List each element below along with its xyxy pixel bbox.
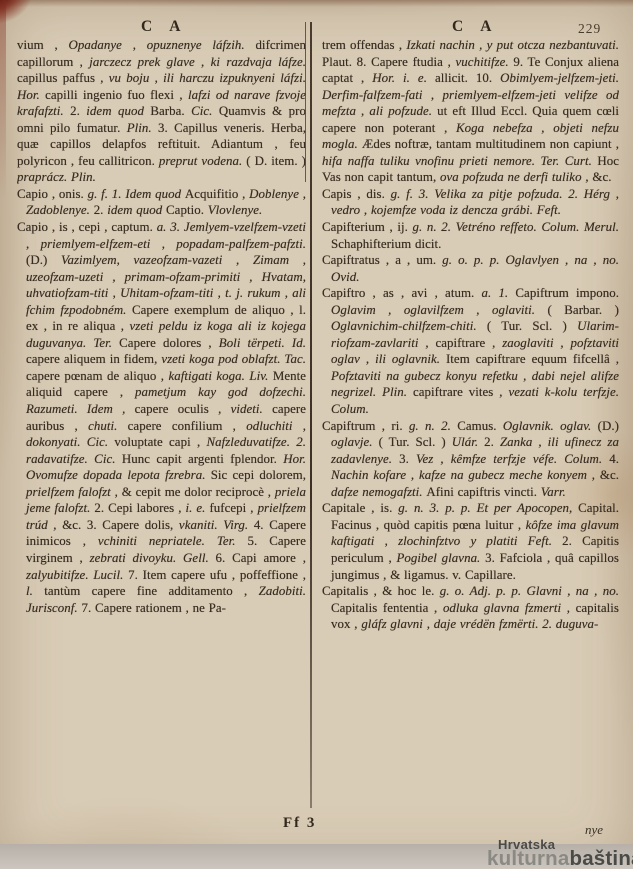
latin-text: Capiftratus , a , um.	[322, 253, 442, 267]
gloss-text: Nachin kofare , kafze na gubecz meche ko…	[331, 468, 600, 482]
dictionary-paragraph: Capiftrum , ri. g. n. 2. Camus. Oglavnik…	[322, 418, 619, 501]
dictionary-paragraph: Capis , dis. g. f. 3. Velika za pitje po…	[322, 186, 619, 219]
signature-mark: Ff 3	[283, 815, 316, 832]
dictionary-paragraph: trem offendas , Izkati nachin , y put ot…	[322, 37, 619, 186]
watermark-line2-regular: kulturna	[487, 847, 569, 869]
gloss-text: vuchitifze.	[456, 55, 514, 69]
latin-text: Capio , onis.	[17, 187, 88, 201]
gloss-text: Oglavnik. oglav.	[503, 419, 598, 433]
latin-text: 2. Cepi labores ,	[94, 501, 185, 515]
gloss-text: a. 1.	[481, 286, 515, 300]
gloss-text: jarczecz prek glave , ki razdvaja láfze.	[89, 55, 306, 69]
latin-text: Item capiftrare equum fifcellâ ,	[446, 352, 619, 366]
latin-text: Capiftrum , ri.	[322, 419, 409, 433]
gloss-text: Hor. i. e.	[372, 71, 435, 85]
latin-text: Capifterium , ij.	[322, 220, 413, 234]
gloss-text: chuti.	[88, 419, 128, 433]
latin-text: fufcepi ,	[209, 501, 257, 515]
gloss-text: Cic.	[191, 104, 219, 118]
gloss-text: oglavje.	[331, 435, 379, 449]
catchword: nye	[585, 822, 603, 838]
column-left: vium , Opadanye , opuznenye láfzih. difc…	[17, 37, 306, 809]
gloss-text: kaftigati koga. Liv.	[169, 369, 273, 383]
page-number: 229	[578, 21, 601, 37]
gloss-text: hifa naffa tuliku vnofinu prieti nemore.…	[322, 154, 597, 168]
gloss-text: Izkati nachin , y put otcza nezbantuvati…	[406, 38, 619, 52]
latin-text: &c. 3. Capere dolis,	[62, 518, 179, 532]
latin-text: 6. Capi amore ,	[216, 551, 306, 565]
gloss-text: zalyubitifze. Lucil.	[26, 568, 128, 582]
latin-text: 3.	[399, 452, 416, 466]
gloss-text: gláfz glavni , daje vrédën fzmërti. 2. d…	[361, 617, 598, 631]
dictionary-paragraph: Capio , is , cepi , captum. a. 3. Jemlye…	[17, 219, 306, 616]
column-divider	[310, 22, 312, 808]
latin-text: capillus paffus ,	[17, 71, 109, 85]
latin-text: & cepit me dolor reciprocè ,	[122, 485, 275, 499]
latin-text: Capis , dis.	[322, 187, 391, 201]
running-title-right: C A	[452, 18, 498, 36]
latin-text: trem offendas ,	[322, 38, 406, 52]
gloss-text: zebrati divoyku. Gell.	[90, 551, 216, 565]
latin-text: ( Tur. Scl. )	[379, 435, 452, 449]
gloss-text: Pogibel glavna.	[396, 551, 485, 565]
watermark-line2-bold: baština	[569, 847, 633, 869]
gloss-text: Ulár.	[452, 435, 484, 449]
latin-text: capere pœnam de aliquo ,	[26, 369, 169, 383]
heritage-watermark: Hrvatska kulturnabaština	[487, 839, 633, 868]
book-page-scan: C A C A 229 vium , Opadanye , opuznenye …	[0, 0, 633, 869]
dictionary-paragraph: Capitalis , & hoc le. g. o. Adj. p. p. G…	[322, 583, 619, 633]
gloss-text: Plin.	[127, 121, 158, 135]
gloss-text: i. e.	[186, 501, 210, 515]
latin-text: ( Tur. Scl. )	[487, 319, 577, 333]
latin-text: Barba.	[150, 104, 191, 118]
latin-text: Capio , is , cepi , captum.	[17, 220, 157, 234]
dictionary-paragraph: Capio , onis. g. f. 1. Idem quod Acquifi…	[17, 186, 306, 219]
latin-text: 2.	[484, 435, 500, 449]
latin-text: Capere dolores ,	[119, 336, 219, 350]
latin-text: Camus.	[457, 419, 503, 433]
gloss-text: prielfzem falofzt ,	[26, 485, 122, 499]
latin-text: capere aliquem in fidem,	[26, 352, 161, 366]
latin-text: Sic cepi dolorem,	[211, 468, 306, 482]
latin-text: voluptate capi ,	[114, 435, 206, 449]
gloss-text: Oglavnichim-chilfzem-chiti.	[331, 319, 487, 333]
latin-text: vium ,	[17, 38, 69, 52]
latin-text: Schaphifterium dicit.	[331, 237, 441, 251]
latin-text: (D.)	[598, 419, 619, 433]
dictionary-paragraph: Capifterium , ij. g. n. 2. Vetréno reffe…	[322, 219, 619, 252]
latin-text: capilli ingenio fuo flexi ,	[45, 88, 188, 102]
latin-text: 2.	[70, 104, 86, 118]
latin-text: Captio.	[166, 203, 208, 217]
latin-text: Capitale , is.	[322, 501, 398, 515]
latin-text: capiftrare ,	[435, 336, 502, 350]
watermark-line2: kulturnabaština	[487, 850, 633, 868]
gloss-text: dafze nemogafzti.	[331, 485, 426, 499]
latin-text: Ædes noftræ, tantam multitudinem non cap…	[362, 137, 619, 151]
latin-text: Capiftrum impono.	[515, 286, 619, 300]
gloss-text: Vez , kêmfze terfzje véfe. Colum.	[416, 452, 609, 466]
latin-text: 4.	[609, 452, 619, 466]
gloss-text: l.	[26, 584, 44, 598]
gloss-text: Vlovlenye.	[208, 203, 263, 217]
gloss-text: Varr.	[541, 485, 566, 499]
latin-text: Afini capiftris vincti.	[426, 485, 540, 499]
latin-text: Acquifitio ,	[185, 187, 249, 201]
latin-text: (D.)	[26, 253, 61, 267]
dictionary-paragraph: Capiftratus , a , um. g. o. p. p. Oglavl…	[322, 252, 619, 285]
gloss-text: Boli tërpeti. Id.	[219, 336, 306, 350]
page-left-edge-stain	[0, 0, 6, 200]
column-divider-inner-rule	[305, 22, 306, 182]
running-title-left: C A	[141, 18, 187, 36]
latin-text: 7. Capere rationem , ne Pa-	[81, 601, 226, 615]
dictionary-paragraph: Capiftro , as , avi , atum. a. 1. Capift…	[322, 285, 619, 417]
dictionary-paragraph: Capitale , is. g. n. 3. p. p. Et per Apo…	[322, 500, 619, 583]
latin-text: 7. Item capere ufu , poffeffione ,	[128, 568, 306, 582]
gloss-text: ova pofzuda ne derfi tuliko ,	[440, 170, 592, 184]
gloss-text: Oglavim , oglavilfzem , oglaviti.	[331, 303, 548, 317]
page-top-edge-shadow	[0, 0, 633, 7]
latin-text: allicit. 10.	[435, 71, 500, 85]
gloss-text: g. o. Adj. p. p. Glavni , na , no.	[440, 584, 619, 598]
gloss-text: idem quod	[86, 104, 150, 118]
gloss-text: praprácz. Plin.	[17, 170, 96, 184]
gloss-text: odluka glavna fzmerti ,	[443, 601, 576, 615]
gloss-text: videti.	[231, 402, 272, 416]
latin-text: &c.	[592, 170, 611, 184]
latin-text: ( D. item. )	[246, 154, 306, 168]
latin-text: Capitalis , & hoc le.	[322, 584, 440, 598]
latin-text: Capiftro , as , avi , atum.	[322, 286, 481, 300]
gloss-text: vzeti koga pod oblafzt. Tac.	[161, 352, 306, 366]
gloss-text: g. n. 3. p. p. Et per Apocopen,	[398, 501, 578, 515]
dictionary-paragraph: vium , Opadanye , opuznenye láfzih. difc…	[17, 37, 306, 186]
latin-text: capere confilium ,	[128, 419, 247, 433]
gloss-text: vkaniti. Virg.	[179, 518, 254, 532]
gloss-text: g. n. 2. Vetréno reffeto. Colum. Merul.	[413, 220, 619, 234]
latin-text: tantùm capere fine additamento ,	[44, 584, 258, 598]
latin-text: Hunc capit argenti fplendor.	[122, 452, 283, 466]
column-right: trem offendas , Izkati nachin , y put ot…	[322, 37, 619, 809]
gloss-text: Opadanye , opuznenye láfzih.	[69, 38, 256, 52]
latin-text: capiftrare vites ,	[413, 385, 508, 399]
gloss-text: preprut vodena.	[159, 154, 246, 168]
latin-text: capere oculis ,	[135, 402, 231, 416]
gloss-text: idem quod	[107, 203, 166, 217]
latin-text: &c.	[600, 468, 619, 482]
gloss-text: g. n. 2.	[409, 419, 457, 433]
gloss-text: vchiniti nepriatele. Ter.	[98, 534, 248, 548]
latin-text: Capitalis fententia ,	[331, 601, 443, 615]
gloss-text: g. f. 1. Idem quod	[88, 187, 185, 201]
latin-text: ( Barbar. )	[548, 303, 620, 317]
latin-text: Plaut. 8. Capere ftudia ,	[322, 55, 456, 69]
latin-text: 2.	[94, 203, 108, 217]
